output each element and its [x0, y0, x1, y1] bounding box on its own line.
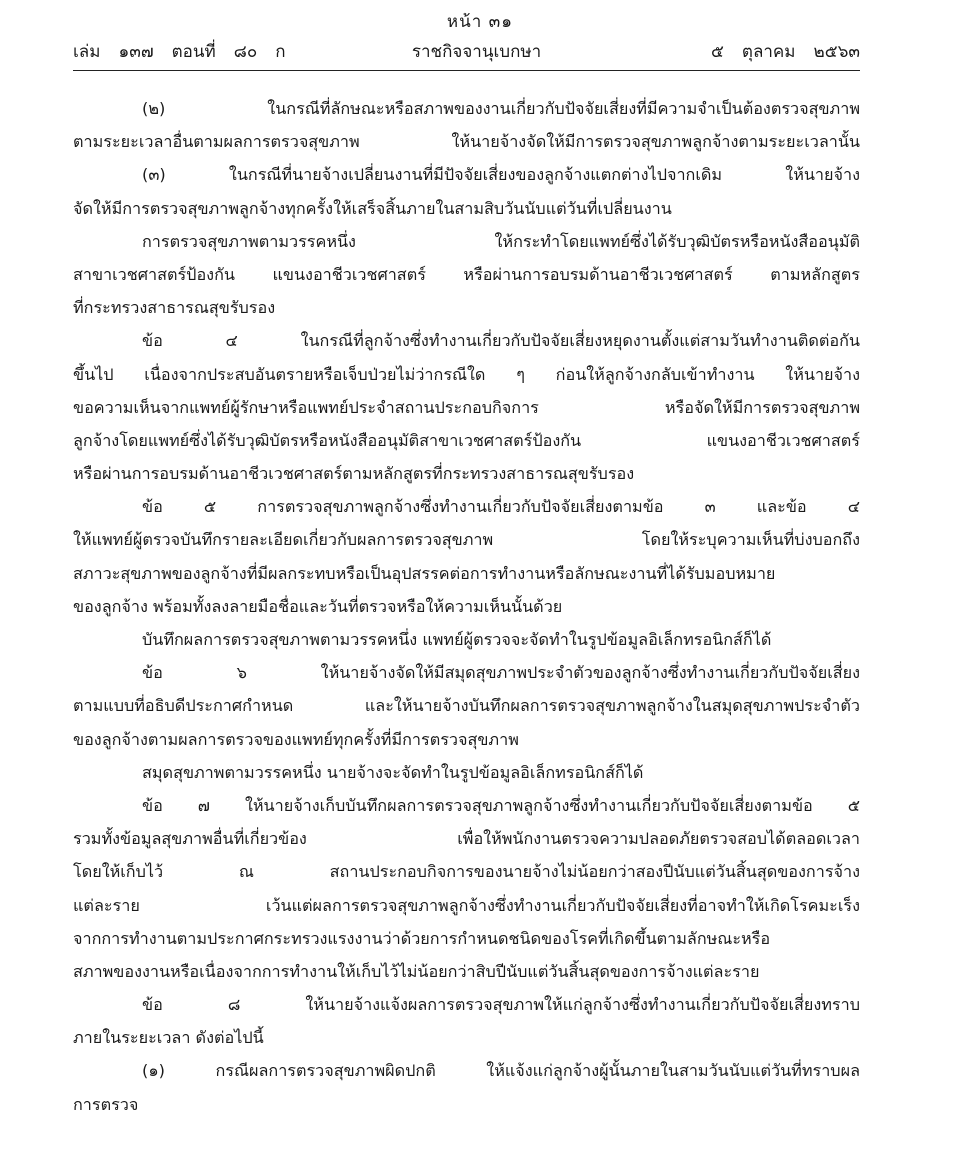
text-line: (๓) ในกรณีที่นายจ้างเปลี่ยนงานที่มีปัจจั…: [73, 158, 860, 191]
body-text: (๒) ในกรณีที่ลักษณะหรือสภาพของงานเกี่ยวก…: [73, 92, 860, 1121]
text-line: ของลูกจ้างตามผลการตรวจของแพทย์ทุกครั้งที…: [73, 723, 860, 756]
text-line: ข้อ ๖ ให้นายจ้างจัดให้มีสมุดสุขภาพประจำต…: [73, 656, 860, 689]
text-line: ข้อ ๕ การตรวจสุขภาพลูกจ้างซึ่งทำงานเกี่ย…: [73, 490, 860, 523]
text-line: ตามระยะเวลาอื่นตามผลการตรวจสุขภาพ ให้นาย…: [73, 125, 860, 158]
text-line: (๒) ในกรณีที่ลักษณะหรือสภาพของงานเกี่ยวก…: [73, 92, 860, 125]
text-line: โดยให้เก็บไว้ ณ สถานประกอบกิจการของนายจ้…: [73, 855, 860, 888]
text-line: สมุดสุขภาพตามวรรคหนึ่ง นายจ้างจะจัดทำในร…: [73, 756, 860, 789]
text-line: จากการทำงานตามประกาศกระทรวงแรงงานว่าด้วย…: [73, 922, 860, 955]
text-line: ภายในระยะเวลา ดังต่อไปนี้: [73, 1021, 860, 1054]
text-line: ข้อ ๘ ให้นายจ้างแจ้งผลการตรวจสุขภาพให้แก…: [73, 988, 860, 1021]
date-year: ๒๕๖๓: [814, 42, 860, 62]
text-line: (๑) กรณีผลการตรวจสุขภาพผิดปกติ ให้แจ้งแก…: [73, 1054, 860, 1087]
text-line: ของลูกจ้าง พร้อมทั้งลงลายมือชื่อและวันที…: [73, 590, 860, 623]
text-line: หรือผ่านการอบรมด้านอาชีวเวชศาสตร์ตามหลัก…: [73, 457, 860, 490]
header-divider: [73, 70, 860, 71]
text-line: สภาวะสุขภาพของลูกจ้างที่มีผลกระทบหรือเป็…: [73, 557, 860, 590]
text-line: แต่ละราย เว้นแต่ผลการตรวจสุขภาพลูกจ้างซึ…: [73, 889, 860, 922]
text-line: ข้อ ๗ ให้นายจ้างเก็บบันทึกผลการตรวจสุขภา…: [73, 789, 860, 822]
gazette-page: หน้า ๓๑ เล่ม๑๓๗ตอนที่๘๐ก ราชกิจจานุเบกษา…: [0, 0, 960, 1164]
date-day: ๕: [711, 42, 724, 62]
publication-date: ๕ตุลาคม๒๕๖๓: [693, 38, 860, 65]
text-line: จัดให้มีการตรวจสุขภาพลูกจ้างทุกครั้งให้เ…: [73, 192, 860, 225]
text-line: การตรวจสุขภาพตามวรรคหนึ่ง ให้กระทำโดยแพท…: [73, 225, 860, 258]
text-line: ที่กระทรวงสาธารณสุขรับรอง: [73, 291, 860, 324]
text-line: ตามแบบที่อธิบดีประกาศกำหนด และให้นายจ้าง…: [73, 689, 860, 722]
text-line: การตรวจ: [73, 1088, 860, 1121]
text-line: ขึ้นไป เนื่องจากประสบอันตรายหรือเจ็บป่วย…: [73, 358, 860, 391]
text-line: ข้อ ๔ ในกรณีที่ลูกจ้างซึ่งทำงานเกี่ยวกับ…: [73, 324, 860, 357]
text-line: สาขาเวชศาสตร์ป้องกัน แขนงอาชีวเวชศาสตร์ …: [73, 258, 860, 291]
text-line: รวมทั้งข้อมูลสุขภาพอื่นที่เกี่ยวข้อง เพื…: [73, 822, 860, 855]
text-line: ลูกจ้างโดยแพทย์ซึ่งได้รับวุฒิบัตรหรือหนั…: [73, 424, 860, 457]
text-line: บันทึกผลการตรวจสุขภาพตามวรรคหนึ่ง แพทย์ผ…: [73, 623, 860, 656]
text-line: ให้แพทย์ผู้ตรวจบันทึกรายละเอียดเกี่ยวกับ…: [73, 523, 860, 556]
running-header: เล่ม๑๓๗ตอนที่๘๐ก ราชกิจจานุเบกษา ๕ตุลาคม…: [73, 38, 860, 64]
text-line: ขอความเห็นจากแพทย์ผู้รักษาหรือแพทย์ประจำ…: [73, 391, 860, 424]
text-line: สภาพของงานหรือเนื่องจากการทำงานให้เก็บไว…: [73, 955, 860, 988]
date-month: ตุลาคม: [742, 42, 796, 62]
page-number: หน้า ๓๑: [0, 8, 960, 35]
